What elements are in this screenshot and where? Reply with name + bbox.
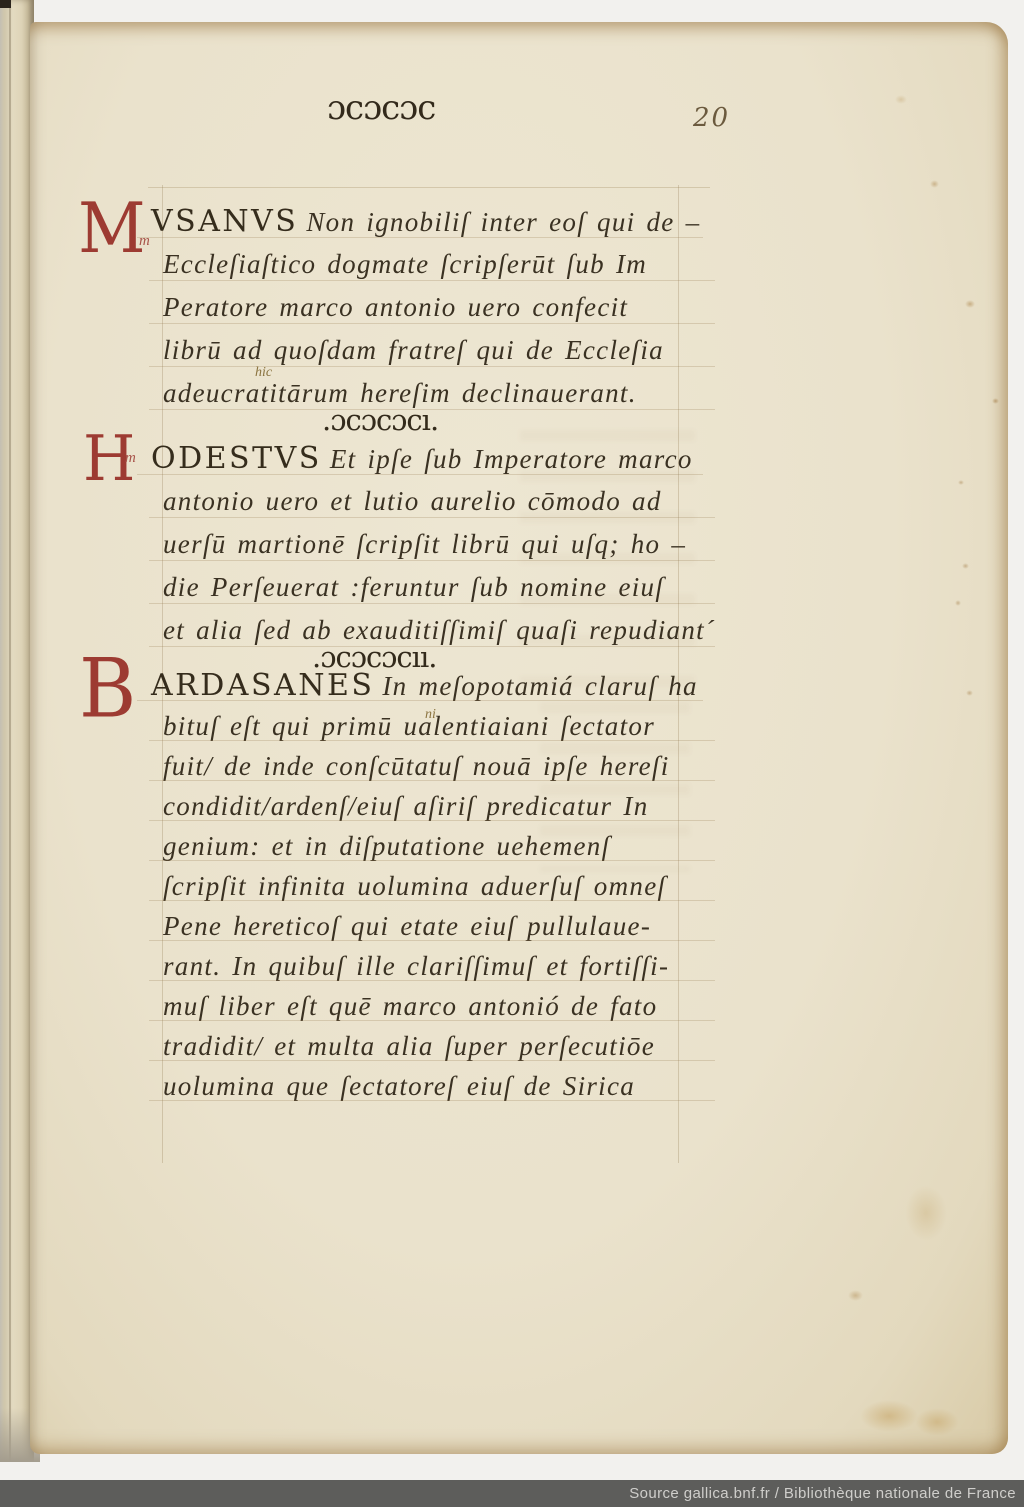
chapter-number-xxx: ɔcɔcɔc: [327, 88, 435, 128]
manuscript-line: uolumina que ſectatoreſ eiuſ de Sirica: [163, 1066, 715, 1106]
manuscript-line: Peratore marco antonio uero confecit: [163, 286, 715, 329]
initial-guide-letter: m: [125, 451, 136, 466]
manuscript-line: Pene hereticoſ qui etate eiuſ pullulaue-: [163, 906, 715, 946]
binding-board-corner: [0, 0, 11, 8]
manuscript-line: librū ad quoſdam fratreſ qui de Eccleſia: [163, 329, 715, 372]
manuscript-line: Eccleſiaſtico dogmate ſcripſerūt ſub Im: [163, 243, 715, 286]
interlinear-gloss: hic: [255, 366, 272, 380]
stain: [930, 180, 939, 188]
binding-groove: [9, 0, 11, 1462]
manuscript-line: ARDASANESIn meſopotamiá claruſ ha: [151, 666, 715, 706]
manuscript-line: genium: et in diſputatione uehemenſ: [163, 826, 715, 866]
stain: [860, 1400, 918, 1432]
ruling-line-horizontal: [148, 187, 710, 188]
manuscript-line: ODESTVSEt ipſe ſub Imperatore marco: [151, 437, 715, 480]
stain: [966, 690, 973, 696]
manuscript-line: et alia ſed ab exauditiſſimiſ quaſi repu…: [163, 609, 715, 652]
parchment-page: ɔcɔcɔc 20 M m VSANVSNon ignobiliſ inter …: [30, 22, 1008, 1454]
stain: [905, 1185, 947, 1241]
rubricated-initial-B: B: [79, 648, 136, 730]
manuscript-line: fuit/ de inde conſcūtatuſ nouā ipſe here…: [163, 746, 715, 786]
manuscript-line-text: In meſopotamiá claruſ ha: [382, 671, 697, 701]
stain: [962, 563, 969, 569]
stain: [992, 398, 999, 404]
author-name-caps: VSANVS: [151, 204, 306, 239]
stain: [895, 95, 907, 104]
manuscript-line: ſcripſit infinita uolumina aduerſuſ omne…: [163, 866, 715, 906]
paragraph-modestus: H m ODESTVSEt ipſe ſub Imperatore marco …: [163, 437, 715, 652]
interlinear-gloss: ni: [425, 708, 436, 722]
manuscript-line: adeucratitārum hereſim declinauerant.: [163, 372, 715, 415]
manuscript-line: tradidit/ et multa alia ſuper perſecutiō…: [163, 1026, 715, 1066]
manuscript-line-text: Et ipſe ſub Imperatore marco: [330, 444, 693, 474]
manuscript-line: muſ liber eſt quē marco antonió de fato: [163, 986, 715, 1026]
section-heading-xxxi: .ɔcɔcɔcı.: [322, 403, 438, 437]
manuscript-line: VSANVSNon ignobiliſ inter eoſ qui de –: [151, 200, 715, 243]
stain: [965, 300, 975, 308]
stain: [958, 480, 964, 485]
source-bar-text: Source gallica.bnf.fr / Bibliothèque nat…: [0, 1480, 1024, 1507]
stain: [955, 600, 961, 606]
manuscript-line: rant. In quibuſ ille clariſſimuſ et fort…: [163, 946, 715, 986]
rubricated-initial-M: M: [78, 194, 146, 263]
manuscript-scan-viewport: ɔcɔcɔc 20 M m VSANVSNon ignobiliſ inter …: [0, 0, 1024, 1507]
stain: [915, 1408, 959, 1436]
stain: [848, 1290, 863, 1301]
paragraph-bardesanes: B ARDASANESIn meſopotamiá claruſ ha bitu…: [163, 666, 715, 1106]
manuscript-line-text: Non ignobiliſ inter eoſ qui de –: [306, 207, 700, 237]
book-binding-edge: [0, 0, 34, 1462]
author-name-caps: ODESTVS: [151, 441, 330, 476]
manuscript-line: die Perſeuerat :feruntur ſub nomine eiuſ: [163, 566, 715, 609]
manuscript-line: antonio uero et lutio aurelio cōmodo ad: [163, 480, 715, 523]
manuscript-line: uerſū martionē ſcripſit librū qui uſq; h…: [163, 523, 715, 566]
manuscript-line: condidit/ardenſ/eiuſ aſiriſ predicatur I…: [163, 786, 715, 826]
source-bar: Source gallica.bnf.fr / Bibliothèque nat…: [0, 1480, 1024, 1507]
paragraph-musanus: M m VSANVSNon ignobiliſ inter eoſ qui de…: [163, 200, 715, 415]
folio-number: 20: [693, 103, 730, 133]
manuscript-line: bituſ eſt qui primū ualentiaiani ſectato…: [163, 706, 715, 746]
author-name-caps: ARDASANES: [151, 668, 382, 703]
